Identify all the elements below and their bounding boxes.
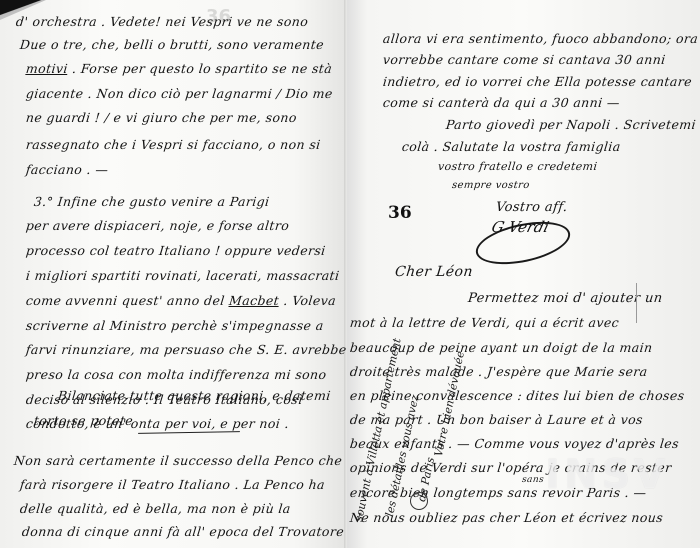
letter-line: scriverne al Ministro perchè s'impegnass…	[25, 318, 324, 333]
signature: G Verdi	[490, 218, 551, 236]
letter-line: sempre vostro	[451, 180, 530, 191]
letter-line: per avere dispiaceri, noje, e forse altr…	[25, 218, 290, 233]
letter-line: giacente . Non dico ciò per lagnarmi / D…	[25, 86, 333, 101]
letter-line: Parto giovedì per Napoli . Scrivetemi	[445, 117, 697, 132]
letter-line: Due o tre, che, belli o brutti, sono ver…	[19, 37, 325, 52]
watermark: INSV	[545, 452, 669, 498]
letter-line: i migliori spartiti rovinati, lacerati, …	[25, 268, 340, 283]
page-number: 36	[388, 203, 412, 223]
letter-line: colà . Salutate la vostra famiglia	[401, 139, 621, 154]
letter-line: vorrebbe cantare come si cantava 30 anni	[382, 52, 666, 67]
underlined-word: motivi	[25, 61, 68, 76]
postscript-line: en pleine convalescence : dites lui bien…	[349, 388, 685, 403]
letter-line: delle qualità, ed è bella, ma non è più …	[19, 501, 291, 516]
library-stamp	[410, 492, 428, 510]
page-fold	[344, 0, 347, 548]
postscript-line: de ma part . Un bon baiser à Laure et à …	[349, 412, 644, 427]
letter-line: facciano . —	[25, 162, 109, 177]
edge-mark	[634, 283, 637, 323]
letter-line: 3.° Infine che gusto venire a Parigi	[33, 194, 270, 209]
letter-line: preso la cosa con molta indifferenza mi …	[25, 367, 327, 382]
letter-line: allora vi era sentimento, fuoco abbandon…	[382, 31, 699, 46]
letter-line: d' orchestra . Vedete! nei Vespri ve ne …	[15, 14, 309, 29]
postscript-greeting: Cher Léon	[394, 264, 473, 280]
letter-line: farvi rinunziare, ma persuaso che S. E. …	[25, 342, 347, 357]
letter-line: ne guardi ! / e vi giuro che per me, son…	[25, 110, 297, 125]
letter-line: rassegnato che i Vespri si facciano, o n…	[25, 137, 321, 152]
interlinear-insert: sans	[521, 475, 544, 485]
letter-line: torto se potete	[33, 413, 134, 428]
letter-line: come si canterà da qui a 30 anni —	[382, 95, 620, 110]
letter-line: processo col teatro Italiano ! oppure ve…	[25, 243, 326, 258]
letter-line: farà risorgere il Teatro Italiano . La P…	[19, 477, 326, 492]
letter-line: vostro fratello e credetemi	[437, 160, 598, 173]
letter-line: Non sarà certamente il successo della Pe…	[13, 453, 343, 468]
letter-line: indietro, ed io vorrei che Ella potesse …	[382, 74, 693, 89]
valediction: Vostro aff.	[495, 200, 568, 215]
letter-line: donna di cinque anni fà all' epoca del T…	[21, 524, 345, 539]
letter-line: Bilanciate tutte queste ragioni, e datem…	[57, 388, 331, 403]
letter-line: come avvenni quest' anno del Macbet . Vo…	[25, 293, 337, 308]
underlined-word: Macbet	[228, 293, 280, 308]
letter-line: motivi . Forse per questo lo spartito se…	[25, 61, 333, 76]
postscript-line: mot à la lettre de Verdi, qui a écrit av…	[349, 315, 620, 330]
